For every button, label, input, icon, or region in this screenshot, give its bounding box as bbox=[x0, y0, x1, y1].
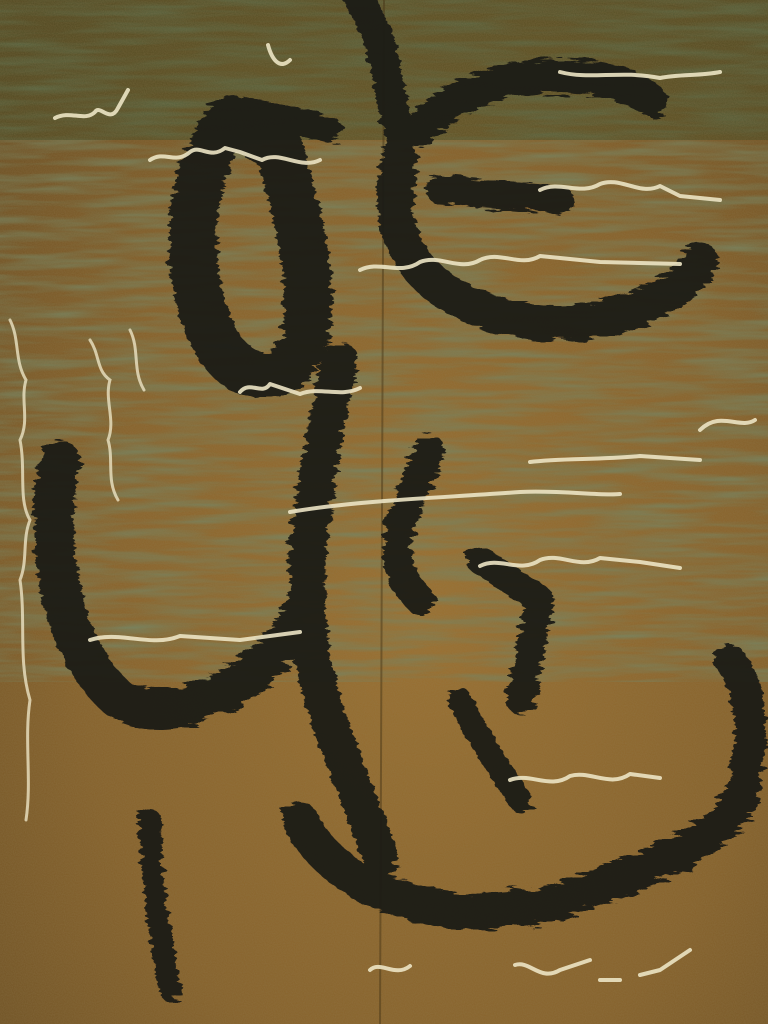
abstract-painting bbox=[0, 0, 768, 1024]
painting-canvas bbox=[0, 0, 768, 1024]
